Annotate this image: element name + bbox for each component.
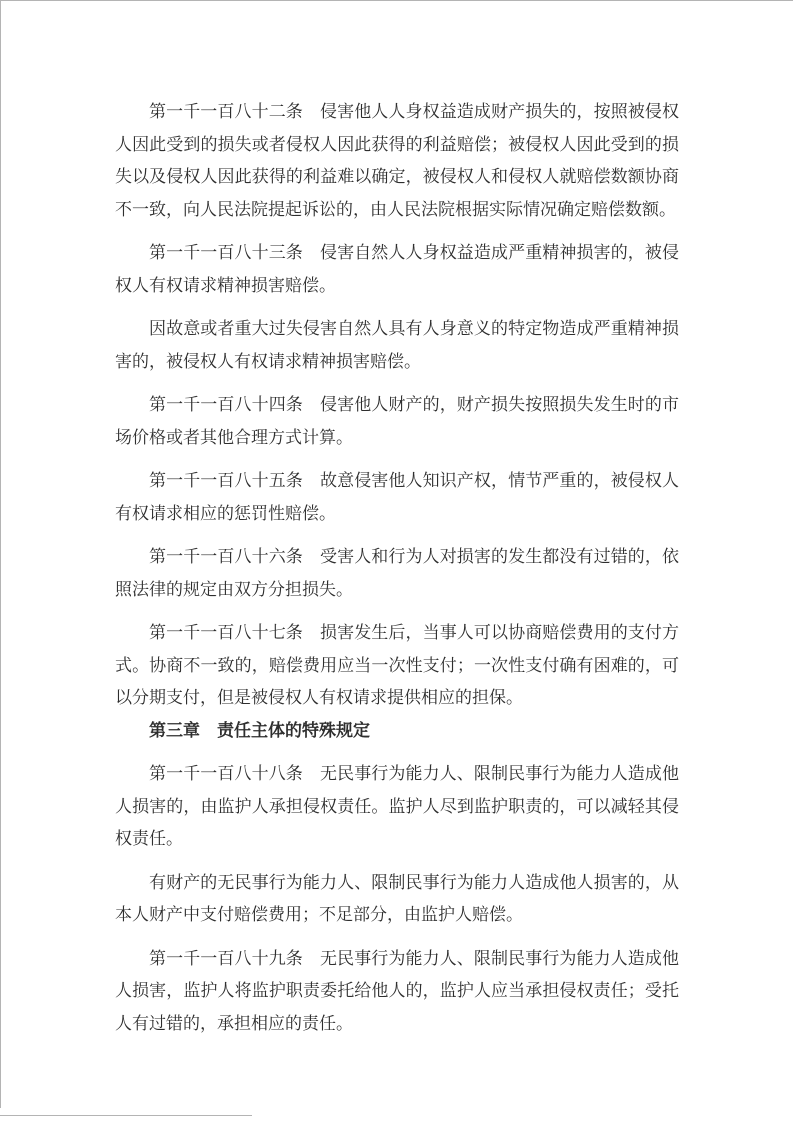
article-1183: 第一千一百八十三条 侵害自然人人身权益造成严重精神损害的，被侵权人有权请求精神损… (115, 237, 679, 302)
article-1185: 第一千一百八十五条 故意侵害他人知识产权，情节严重的，被侵权人有权请求相应的惩罚… (115, 465, 679, 530)
article-1184: 第一千一百八十四条 侵害他人财产的，财产损失按照损失发生时的市场价格或者其他合理… (115, 389, 679, 454)
article-1183-paragraph-2: 因故意或者重大过失侵害自然人具有人身意义的特定物造成严重精神损害的，被侵权人有权… (115, 313, 679, 378)
article-1188: 第一千一百八十八条 无民事行为能力人、限制民事行为能力人造成他人损害的，由监护人… (115, 758, 679, 856)
article-1188-paragraph-2: 有财产的无民事行为能力人、限制民事行为能力人造成他人损害的，从本人财产中支付赔偿… (115, 867, 679, 932)
page-edge-bottom-left (0, 1115, 252, 1116)
article-1186: 第一千一百八十六条 受害人和行为人对损害的发生都没有过错的，依照法律的规定由双方… (115, 541, 679, 606)
document-page: 第一千一百八十二条 侵害他人人身权益造成财产损失的，按照被侵权人因此受到的损失或… (0, 0, 793, 1122)
page-edge-left (0, 0, 1, 1108)
document-text-block: 第一千一百八十二条 侵害他人人身权益造成财产损失的，按照被侵权人因此受到的损失或… (115, 96, 679, 1051)
article-1182: 第一千一百八十二条 侵害他人人身权益造成财产损失的，按照被侵权人因此受到的损失或… (115, 96, 679, 226)
chapter-3-heading: 第三章 责任主体的特殊规定 (115, 715, 679, 748)
page-edge-top (0, 0, 793, 1)
article-1187: 第一千一百八十七条 损害发生后，当事人可以协商赔偿费用的支付方式。协商不一致的，… (115, 617, 679, 715)
article-1189: 第一千一百八十九条 无民事行为能力人、限制民事行为能力人造成他人损害，监护人将监… (115, 943, 679, 1041)
